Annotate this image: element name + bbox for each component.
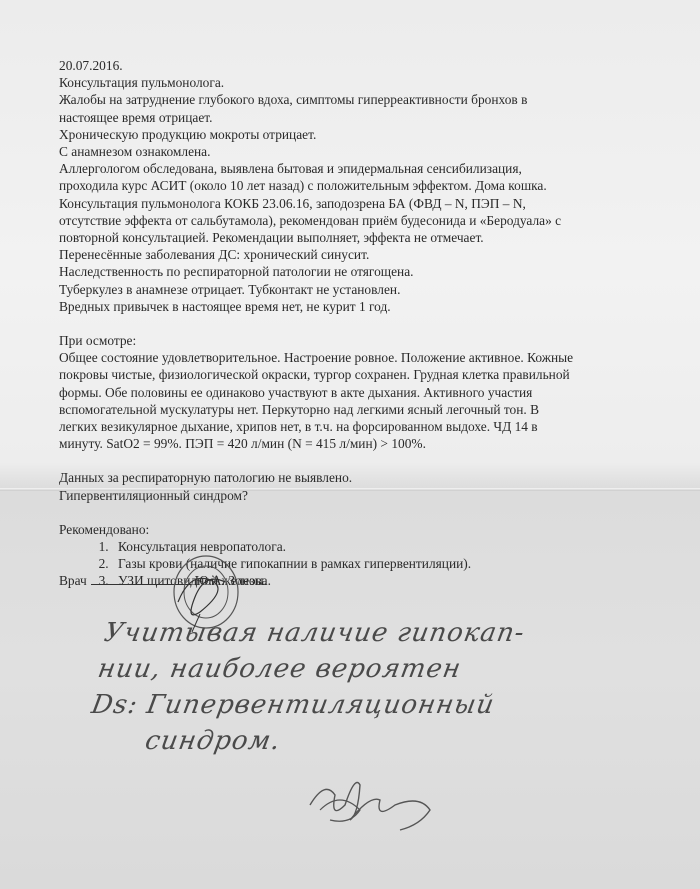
handwritten-line: Учитывая наличие гипокап- bbox=[101, 615, 667, 651]
conclusion-line: Данных за респираторную патологию не выя… bbox=[59, 469, 659, 486]
anamnesis-line: Перенесённые заболевания ДС: хронический… bbox=[59, 246, 659, 263]
anamnesis-line: проходила курс АСИТ (около 10 лет назад)… bbox=[59, 177, 659, 194]
anamnesis-line: Хроническую продукцию мокроты отрицает. bbox=[59, 126, 659, 143]
anamnesis-line: Жалобы на затруднение глубокого вдоха, с… bbox=[59, 91, 659, 108]
exam-line: формы. Обе половины ее одинаково участву… bbox=[59, 384, 659, 401]
anamnesis-line: Туберкулез в анамнезе отрицает. Тубконта… bbox=[59, 281, 659, 298]
recommendations-heading: Рекомендовано: bbox=[59, 521, 659, 538]
typed-text: 20.07.2016. Консультация пульмонолога. Ж… bbox=[59, 57, 659, 590]
conclusion-line: Гипервентиляционный синдром? bbox=[59, 487, 659, 504]
exam-line: Общее состояние удовлетворительное. Наст… bbox=[59, 349, 659, 366]
handwritten-note: Учитывая наличие гипокап- нии, наиболее … bbox=[82, 615, 667, 759]
document-page: 20.07.2016. Консультация пульмонолога. Ж… bbox=[0, 0, 700, 889]
exam-line: покровы чистые, физиологической окраски,… bbox=[59, 366, 659, 383]
handwritten-line: Ds: Гипервентиляционный bbox=[89, 687, 655, 723]
anamnesis-line: отсутствие эффекта от сальбутамола), рек… bbox=[59, 212, 659, 229]
exam-line: вспомогательной мускулатуры нет. Перкуто… bbox=[59, 401, 659, 418]
signature-icon bbox=[300, 765, 450, 835]
anamnesis-line: Наследственность по респираторной патоло… bbox=[59, 263, 659, 280]
exam-heading: При осмотре: bbox=[59, 332, 659, 349]
anamnesis-line: настоящее время отрицает. bbox=[59, 109, 659, 126]
anamnesis-line: повторной консультацией. Рекомендации вы… bbox=[59, 229, 659, 246]
anamnesis-line: Вредных привычек в настоящее время нет, … bbox=[59, 298, 659, 315]
anamnesis-line: Консультация пульмонолога КОКБ 23.06.16,… bbox=[59, 195, 659, 212]
handwritten-line: нии, наиболее вероятен bbox=[95, 651, 661, 687]
exam-line: легких везикулярное дыхание, хрипов нет,… bbox=[59, 418, 659, 435]
date: 20.07.2016. bbox=[59, 57, 659, 74]
exam-line: минуту. SatO2 = 99%. ПЭП = 420 л/мин (N … bbox=[59, 435, 659, 452]
handwritten-line: синдром. bbox=[82, 723, 648, 759]
anamnesis-line: Аллергологом обследована, выявлена бытов… bbox=[59, 160, 659, 177]
anamnesis-line: С анамнезом ознакомлена. bbox=[59, 143, 659, 160]
document-title: Консультация пульмонолога. bbox=[59, 74, 659, 91]
doctor-label: Врач bbox=[59, 573, 87, 588]
